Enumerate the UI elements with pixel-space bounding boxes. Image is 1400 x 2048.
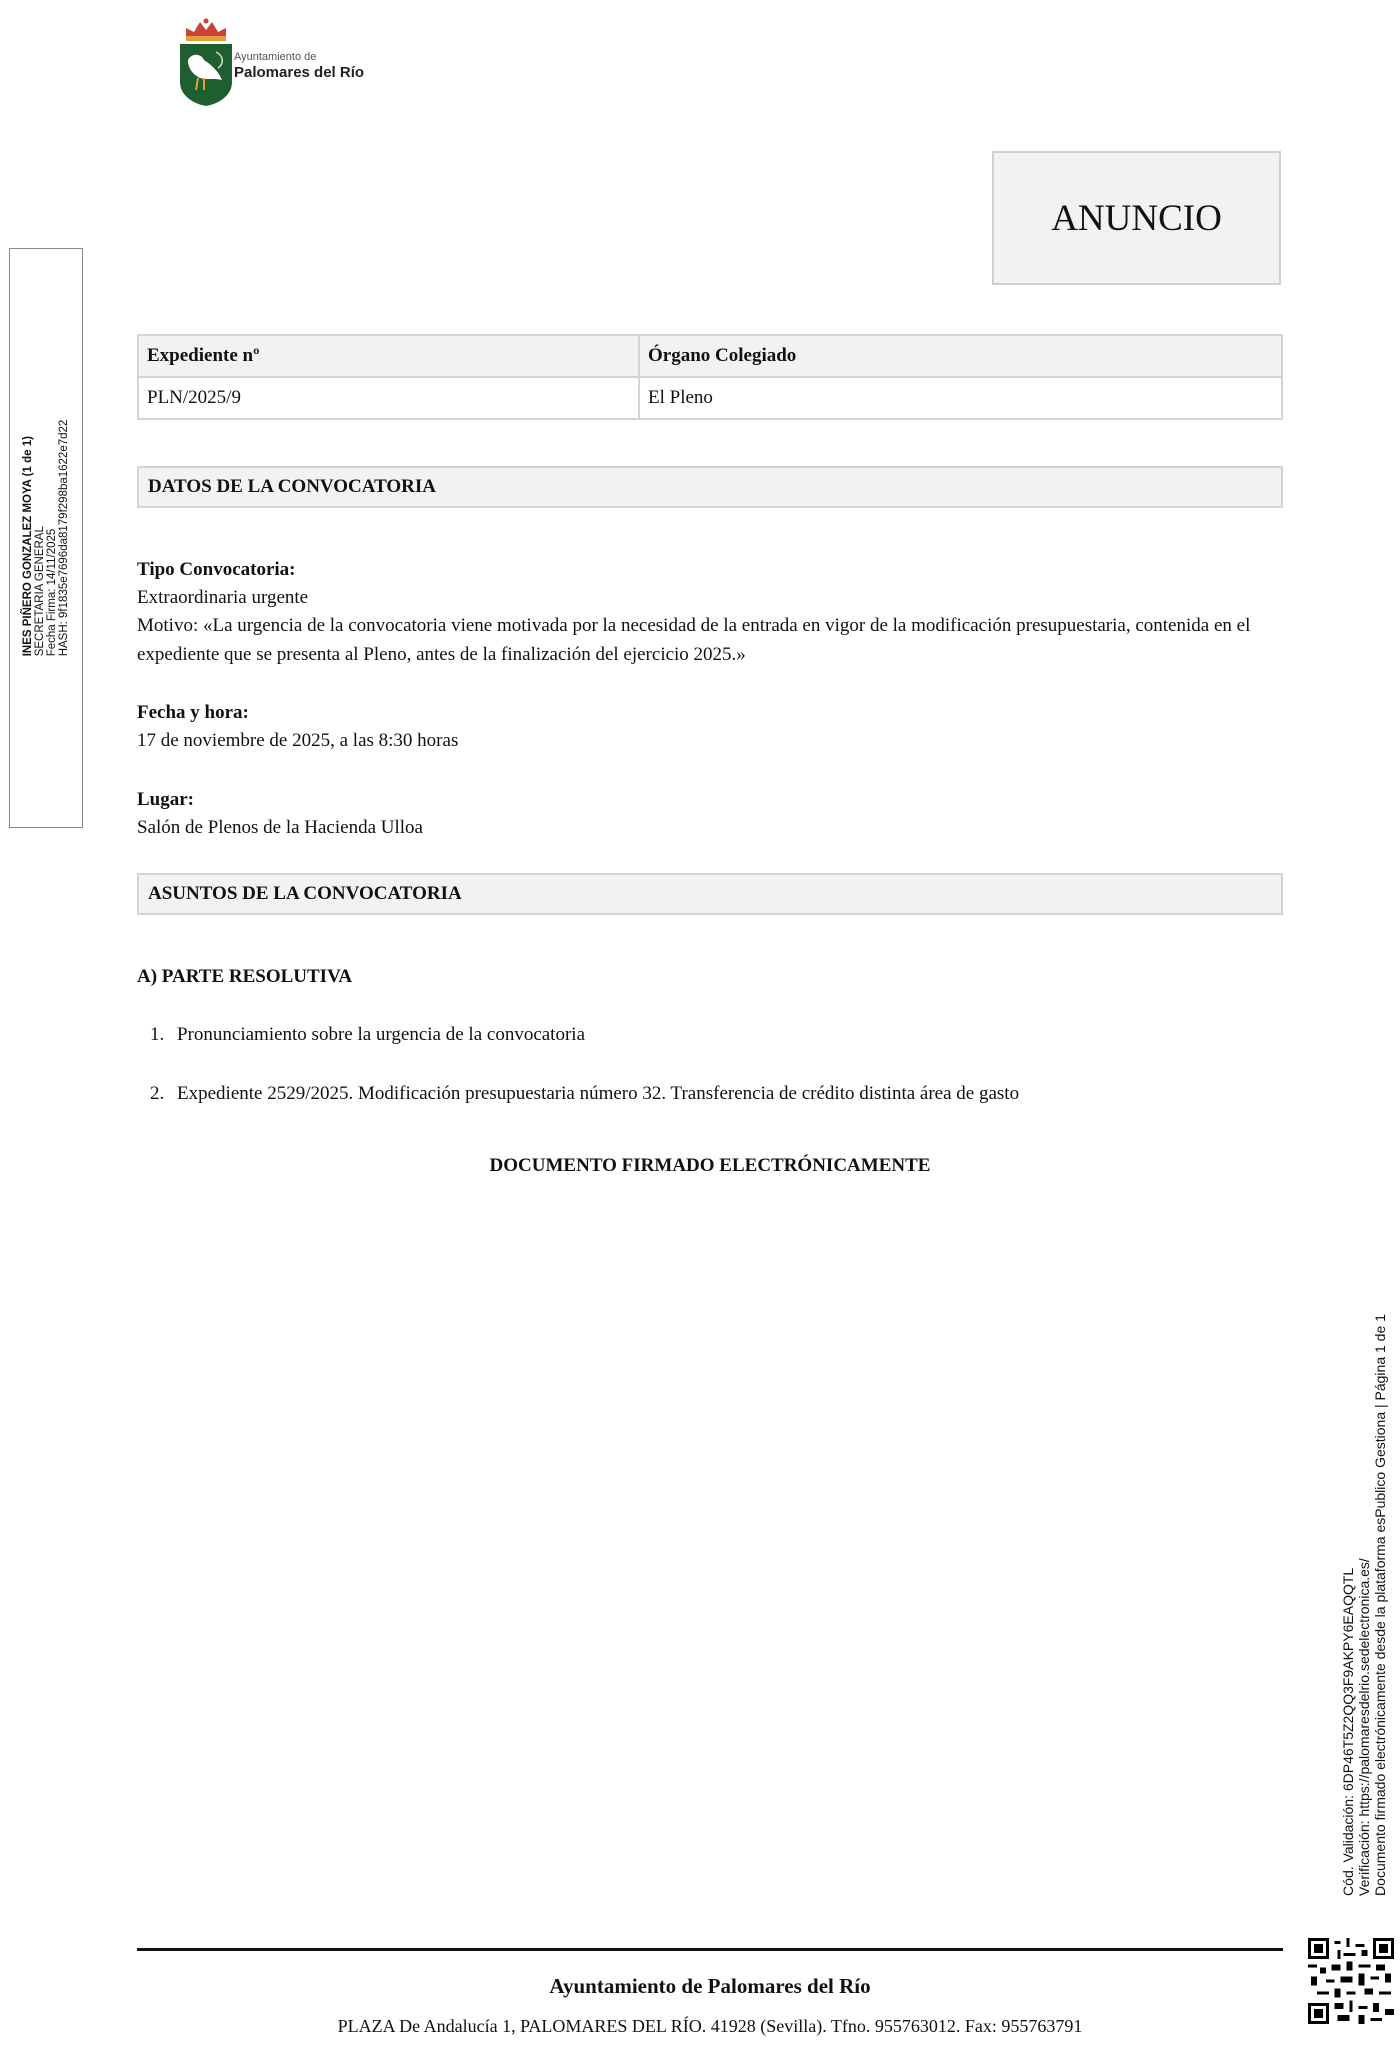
footer-divider	[137, 1948, 1283, 1951]
lugar-value: Salón de Plenos de la Hacienda Ulloa	[137, 814, 1287, 843]
expediente-value: PLN/2025/9	[138, 377, 639, 419]
crown-icon	[182, 18, 230, 42]
lugar-label: Lugar:	[137, 786, 1287, 815]
shield-dove-icon	[180, 44, 232, 106]
table-header-row: Expediente nº Órgano Colegiado	[138, 335, 1282, 377]
table-row: PLN/2025/9 El Pleno	[138, 377, 1282, 419]
section-asuntos-header: ASUNTOS DE LA CONVOCATORIA	[137, 873, 1283, 915]
expediente-table: Expediente nº Órgano Colegiado PLN/2025/…	[137, 334, 1283, 420]
document-title: ANUNCIO	[992, 151, 1281, 285]
organo-value: El Pleno	[639, 377, 1282, 419]
footer-address: PLAZA De Andalucía 1, PALOMARES DEL RÍO.…	[0, 2016, 1400, 2037]
logo-line2: Palomares del Río	[234, 64, 364, 81]
item-text: Expediente 2529/2025. Modificación presu…	[177, 1083, 1019, 1104]
tipo-label: Tipo Convocatoria:	[137, 556, 1287, 585]
list-item: 1.Pronunciamiento sobre la urgencia de l…	[150, 1024, 585, 1046]
signature-hash: HASH: 9f1835e7696da8179f298ba1622e7d22	[58, 420, 70, 657]
logo-line1: Ayuntamiento de	[234, 51, 316, 63]
section-datos-header: DATOS DE LA CONVOCATORIA	[137, 466, 1283, 508]
parte-resolutiva-title: A) PARTE RESOLUTIVA	[137, 963, 1287, 992]
validation-code: Cód. Validación: 6DP46T5Z2QQ3F9AKPY6EAQQ…	[1340, 1314, 1356, 1896]
signature-stamp: INES PIÑERO GONZALEZ MOYA (1 de 1) SECRE…	[9, 248, 83, 828]
platform-note: Documento firmado electrónicamente desde…	[1372, 1314, 1388, 1896]
header-expediente: Expediente nº	[138, 335, 639, 377]
municipality-logo: Ayuntamiento de Palomares del Río	[180, 18, 370, 108]
list-item: 2.Expediente 2529/2025. Modificación pre…	[150, 1083, 1019, 1105]
signer-name: INES PIÑERO GONZALEZ MOYA (1 de 1)	[22, 420, 34, 657]
item-number: 2.	[150, 1083, 177, 1105]
verification-url[interactable]: Verificación: https://palomaresdelrio.se…	[1356, 1314, 1372, 1896]
fecha-value: 17 de noviembre de 2025, a las 8:30 hora…	[137, 727, 1287, 756]
signed-notice: DOCUMENTO FIRMADO ELECTRÓNICAMENTE	[0, 1155, 1400, 1177]
footer-title: Ayuntamiento de Palomares del Río	[0, 1974, 1400, 1999]
tipo-value: Extraordinaria urgente	[137, 584, 1287, 613]
signature-date: Fecha Firma: 14/11/2025	[46, 420, 58, 657]
item-number: 1.	[150, 1024, 177, 1046]
verification-stamp: Cód. Validación: 6DP46T5Z2QQ3F9AKPY6EAQQ…	[1338, 1290, 1390, 1920]
signer-role: SECRETARIA GENERAL	[34, 420, 46, 657]
qr-code-icon[interactable]	[1308, 1938, 1394, 2024]
fecha-label: Fecha y hora:	[137, 699, 1287, 728]
header-organo: Órgano Colegiado	[639, 335, 1282, 377]
motivo-text: Motivo: «La urgencia de la convocatoria …	[137, 612, 1287, 669]
item-text: Pronunciamiento sobre la urgencia de la …	[177, 1024, 585, 1045]
